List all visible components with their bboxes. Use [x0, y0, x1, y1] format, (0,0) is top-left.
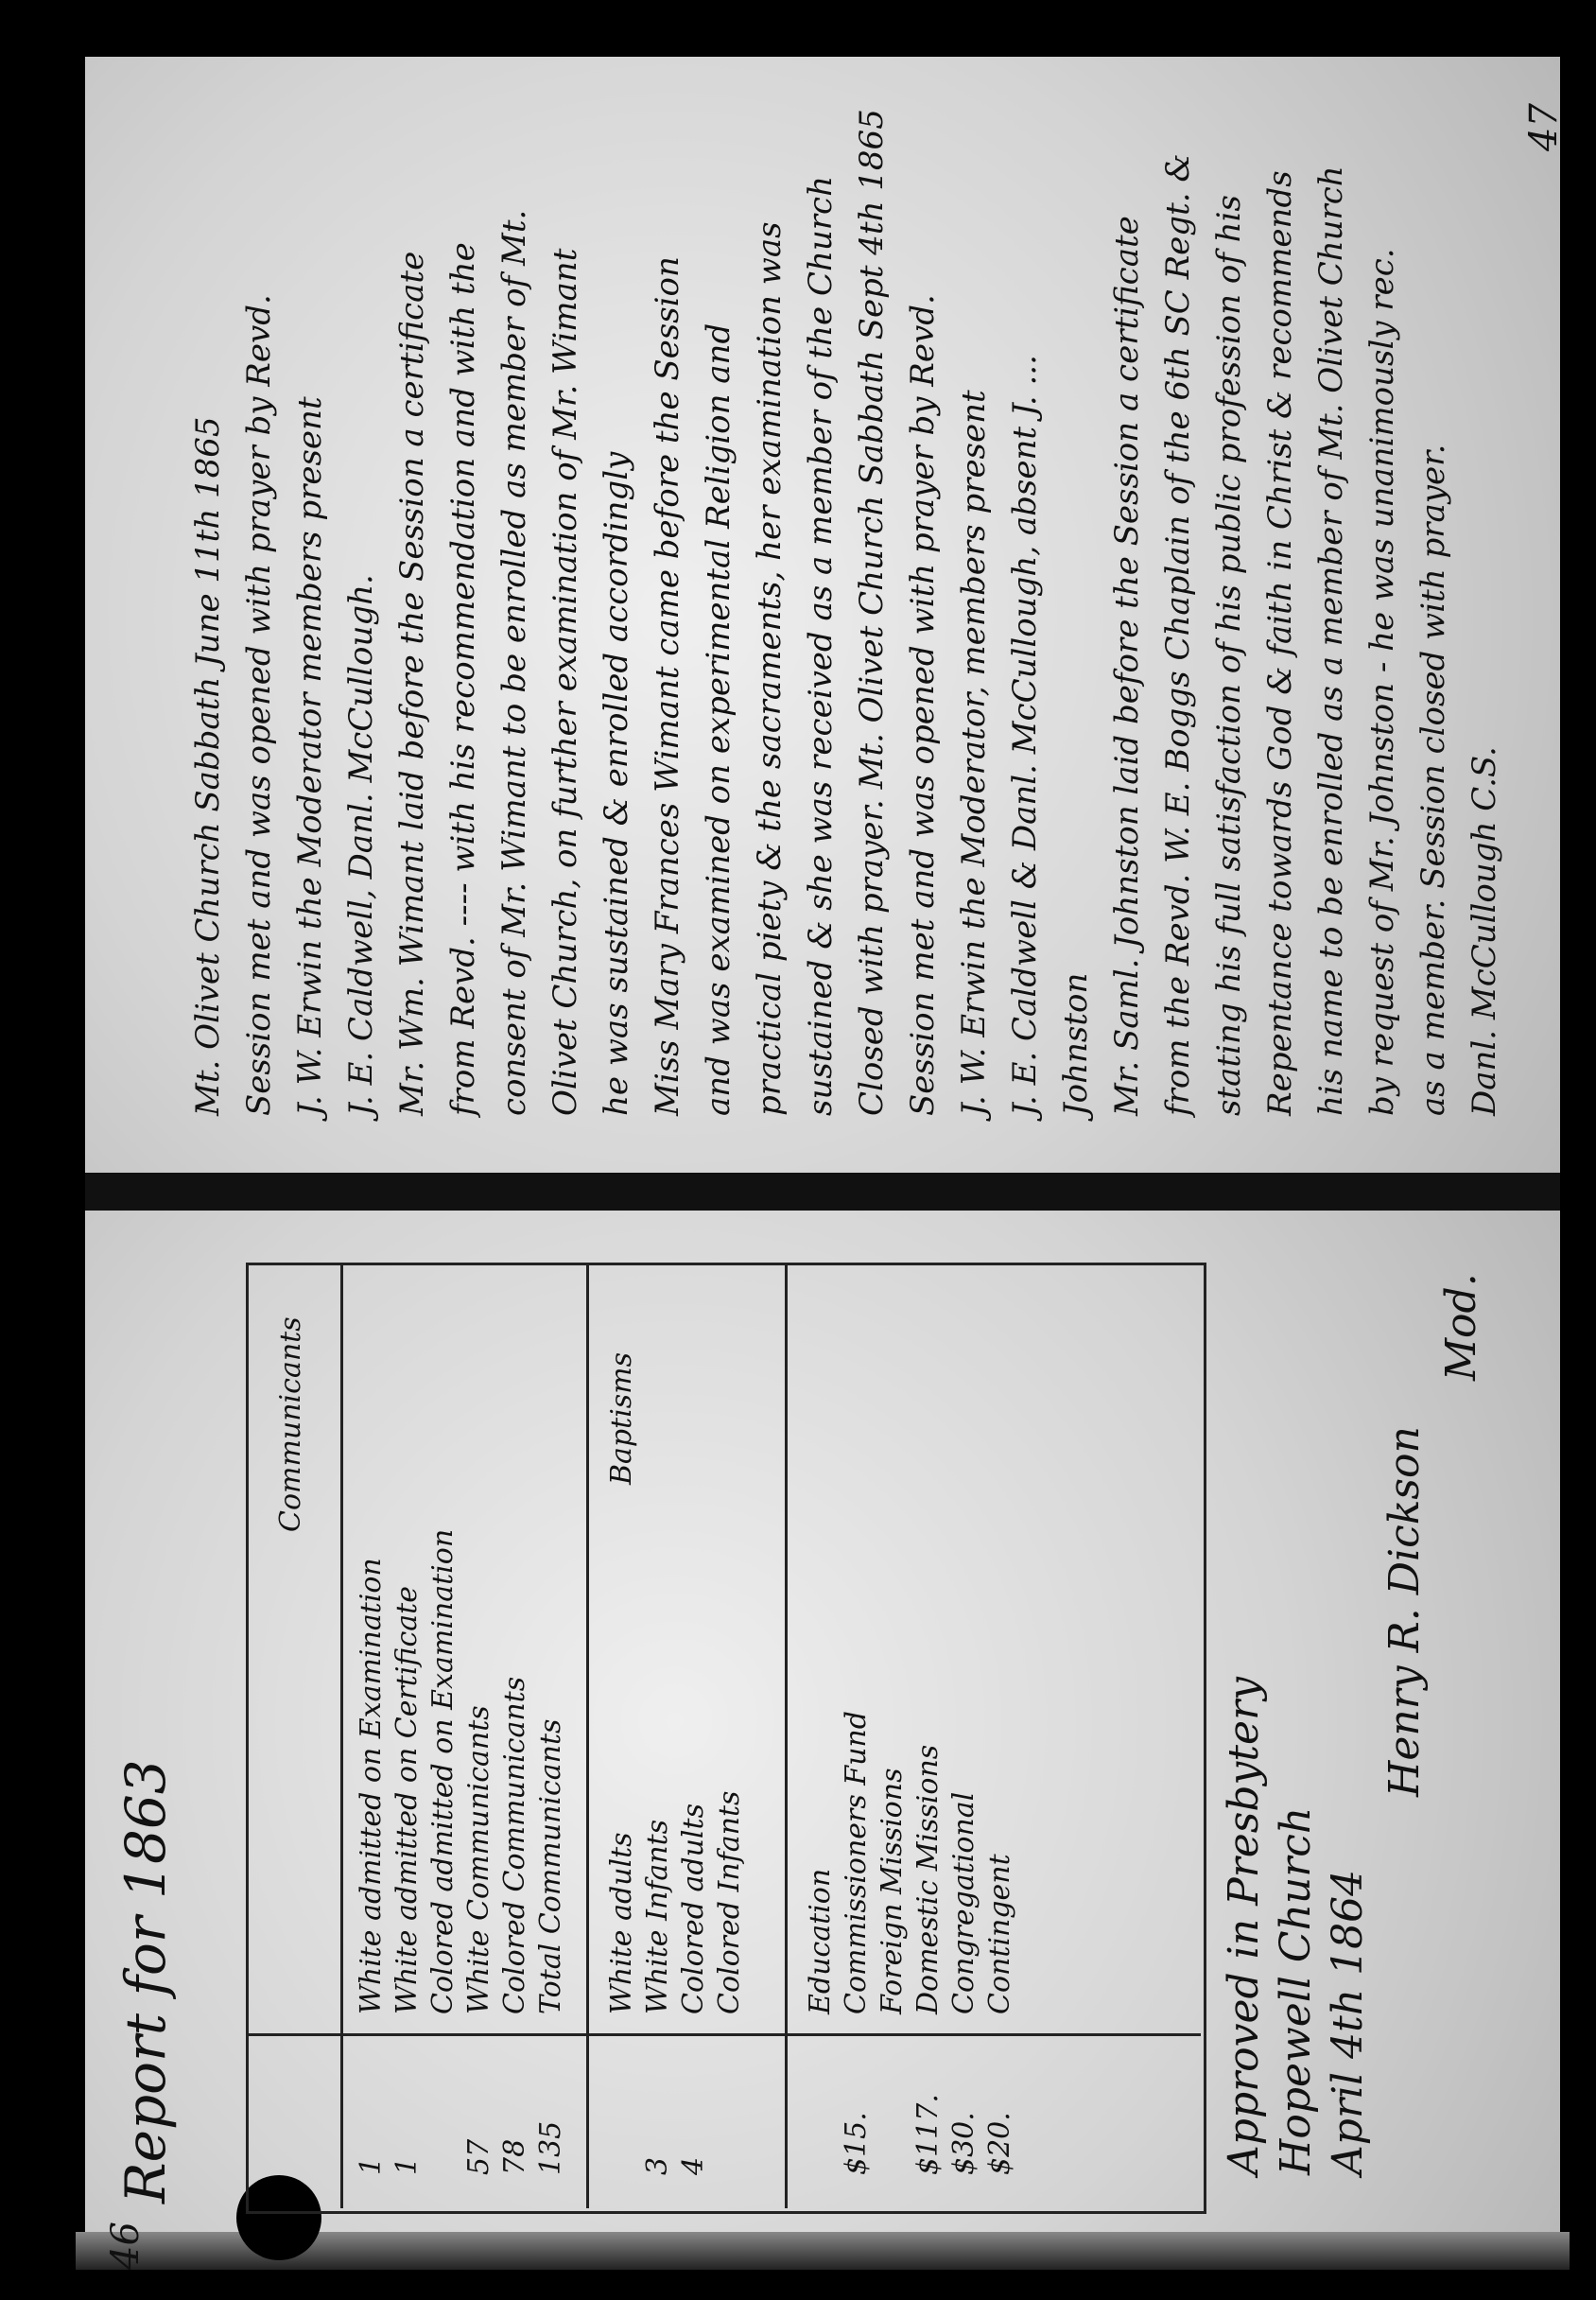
minutes-line: J. W. Erwin the Moderator, members prese…: [955, 390, 993, 1116]
minutes-line: as a member. Session closed with prayer.: [1414, 444, 1452, 1116]
col-divider-2: [785, 1263, 788, 2208]
contribution-label: Education: [804, 1869, 837, 2014]
minutes-line: his name to be enrolled as a member of M…: [1312, 166, 1350, 1116]
minutes-line: Closed with prayer. Mt. Olivet Church Sa…: [853, 109, 891, 1116]
table-divider: [246, 2033, 1201, 2036]
contribution-label: Foreign Missions: [876, 1769, 909, 2014]
minutes-line: Session met and was opened with prayer b…: [240, 294, 278, 1116]
contribution-value: $15.: [840, 2112, 873, 2175]
communicant-label: Colored admitted on Examination: [426, 1529, 460, 2014]
moderator-title: Mod.: [1437, 1273, 1485, 1381]
minutes-line: J. W. Erwin the Moderator members presen…: [291, 396, 329, 1116]
page-number-right: 47: [1522, 103, 1566, 151]
contribution-label: Congregational: [947, 1792, 980, 2014]
header-communicants: Communicants: [274, 1316, 307, 1532]
minutes-line: from Revd. ---- with his recommendation …: [444, 242, 482, 1116]
minutes-line: Mt. Olivet Church Sabbath June 11th 1865: [189, 416, 227, 1116]
header-divider: [340, 1263, 343, 2208]
communicant-value: 135: [534, 2121, 567, 2175]
minutes-line: J. E. Caldwell & Danl. McCullough, absen…: [1006, 355, 1044, 1116]
minutes-line: practical piety & the sacraments, her ex…: [751, 221, 789, 1116]
baptism-value: 4: [677, 2157, 710, 2175]
minutes-line: by request of Mr. Johnston - he was unan…: [1363, 248, 1401, 1116]
minutes-line: and was examined on experimental Religio…: [700, 323, 737, 1116]
approval-line-2: Hopewell Church: [1272, 1807, 1320, 2175]
minutes-line: sustained & she was received as a member…: [802, 176, 840, 1116]
contribution-label: Domestic Missions: [911, 1745, 945, 2014]
baptism-label: Colored adults: [677, 1803, 710, 2014]
minutes-line: Mr. Wm. Wimant laid before the Session a…: [393, 252, 431, 1116]
minutes-line: he was sustained & enrolled accordingly: [598, 452, 635, 1116]
communicant-label: Colored Communicants: [498, 1677, 531, 2014]
minutes-line: Olivet Church, on further examination of…: [546, 249, 584, 1116]
contribution-value: $30.: [947, 2112, 980, 2175]
contribution-label: Commissioners Fund: [840, 1711, 873, 2014]
baptism-label: White Infants: [641, 1820, 674, 2014]
baptism-value: 3: [641, 2157, 674, 2175]
contribution-value: $117.: [911, 2094, 945, 2175]
minutes-line: consent of Mr. Wimant to be enrolled as …: [495, 210, 533, 1116]
book-gutter: [85, 1173, 1560, 1211]
minutes-line: from the Revd. W. E. Boggs Chaplain of t…: [1159, 153, 1197, 1116]
minutes-line: Danl. McCullough C.S.: [1466, 746, 1503, 1116]
baptism-label: White adults: [605, 1832, 638, 2014]
minutes-line: Repentance towards God & faith in Christ…: [1261, 170, 1299, 1116]
contribution-value: $20.: [983, 2112, 1016, 2175]
communicant-label: Total Communicants: [534, 1719, 567, 2014]
approval-line-3: April 4th 1864: [1324, 1870, 1372, 2175]
moderator-signature: Henry R. Dickson: [1380, 1426, 1429, 1797]
communicant-value: 78: [498, 2139, 531, 2175]
communicant-value: 1: [355, 2157, 388, 2175]
communicant-label: White admitted on Certificate: [390, 1586, 424, 2014]
approval-line-1: Approved in Presbytery: [1220, 1677, 1268, 2175]
header-baptisms: Baptisms: [605, 1352, 638, 1485]
minutes-line: J. E. Caldwell, Danl. McCullough.: [342, 574, 380, 1116]
minutes-line: Johnston: [1057, 973, 1095, 1116]
report-title: Report for 1863: [113, 1759, 178, 2204]
communicant-value: 1: [390, 2157, 424, 2175]
communicant-label: White Communicants: [462, 1705, 495, 2014]
communicant-label: White admitted on Examination: [355, 1558, 388, 2014]
baptism-label: Colored Infants: [713, 1791, 746, 2014]
page-number-left: 46: [104, 2222, 147, 2270]
minutes-line: Mr. Saml. Johnston laid before the Sessi…: [1108, 216, 1146, 1116]
minutes-line: stating his full satisfaction of his pub…: [1210, 195, 1248, 1116]
communicant-value: 57: [462, 2139, 495, 2175]
minutes-line: Session met and was opened with prayer b…: [904, 294, 942, 1116]
minutes-line: Miss Mary Frances Wimant came before the…: [649, 256, 686, 1116]
col-divider-1: [586, 1263, 589, 2208]
contribution-label: Contingent: [983, 1854, 1016, 2014]
